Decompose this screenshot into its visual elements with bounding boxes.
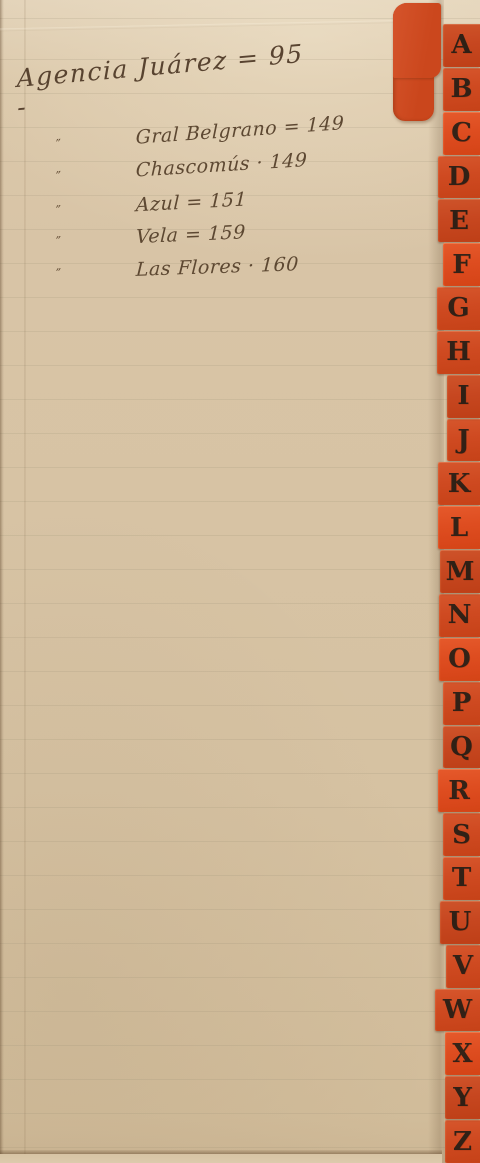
tab-x[interactable]: X [445,1032,480,1075]
page-left-edge [0,0,4,1163]
tab-m[interactable]: M [440,550,480,593]
tab-letter: R [448,778,470,804]
tab-letter: O [448,646,471,672]
tab-v[interactable]: V [446,945,480,988]
tab-letter: C [451,120,472,146]
ditto-mark: ″ [46,264,137,283]
tab-l[interactable]: L [438,506,480,549]
tab-letter: S [452,822,471,848]
tab-letter: F [452,252,470,278]
tab-letter: X [452,1041,472,1067]
page-bottom-lip [0,1154,442,1163]
tab-b[interactable]: B [443,68,480,111]
tab-d[interactable]: D [438,156,480,199]
tab-u[interactable]: U [440,901,480,944]
index-book-page: Agencia Juárez = 95 - ″ Gral Belgrano = … [0,0,480,1163]
tab-e[interactable]: E [438,199,480,242]
tab-j[interactable]: J [447,419,480,462]
tab-q[interactable]: Q [443,726,480,769]
tab-letter: E [449,208,469,234]
tab-t[interactable]: T [443,857,480,900]
tab-k[interactable]: K [438,462,480,505]
tab-letter: W [443,997,472,1023]
tab-letter: H [446,339,471,365]
tab-letter: D [448,164,471,190]
tab-z[interactable]: Z [445,1120,480,1163]
tab-r[interactable]: R [438,769,480,812]
tab-letter: Q [450,734,473,760]
tab-letter: B [451,76,473,102]
tab-letter: U [449,909,472,935]
tab-letter: V [453,953,473,979]
tab-g[interactable]: G [437,287,480,330]
tab-letter: Z [453,1129,472,1155]
tab-letter: N [448,602,472,628]
tab-letter: T [452,865,471,891]
tab-p[interactable]: P [443,682,480,725]
tab-letter: G [447,295,469,321]
tab-o[interactable]: O [439,638,480,681]
tab-n[interactable]: N [439,594,480,637]
tab-letter: P [452,690,472,716]
tab-a[interactable]: A [443,24,480,67]
tab-letter: M [446,559,475,585]
tab-f[interactable]: F [443,243,480,286]
tab-letter: I [457,383,469,409]
tab-letter: J [457,427,469,453]
tab-y[interactable]: Y [445,1076,480,1119]
alphabet-tab-index: A B C D E F G H I J K L M N O P Q R S T … [435,24,480,1163]
ditto-mark: ″ [46,199,137,220]
tab-c[interactable]: C [443,112,480,155]
tab-i[interactable]: I [447,375,480,418]
ditto-mark: ″ [46,231,137,251]
front-leaf-tab-wide [393,3,441,78]
tab-w[interactable]: W [435,989,480,1032]
tab-letter: L [450,515,468,541]
tab-letter: Y [453,1085,472,1111]
tab-letter: A [451,32,471,58]
tab-letter: K [448,471,471,497]
tab-h[interactable]: H [437,331,480,374]
vertical-crease [24,0,26,1163]
tab-s[interactable]: S [443,813,480,856]
